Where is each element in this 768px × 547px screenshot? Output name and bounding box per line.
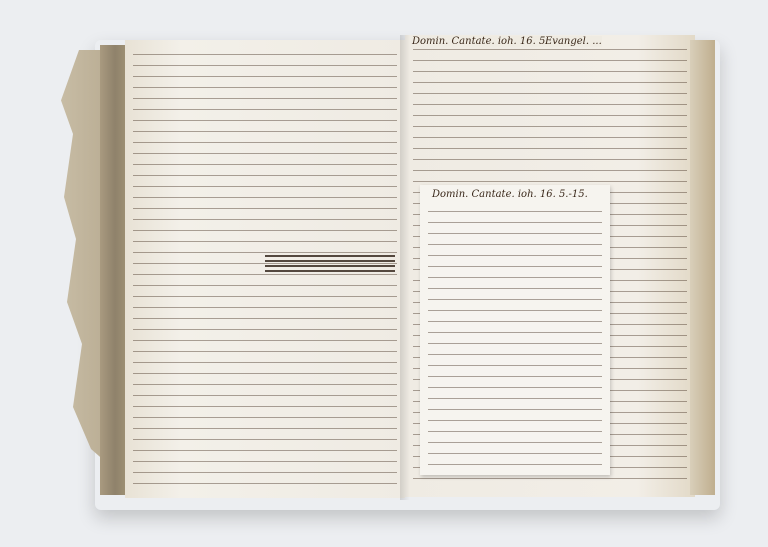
struck-through-text [265,255,395,273]
inserted-leaf: Domin. Cantate. ioh. 16. 5.-15. [420,185,610,475]
book-gutter [400,35,410,500]
right-page-heading-2: Evangel. ... [545,36,602,47]
page-edges [690,40,715,495]
handwritten-text [428,205,602,467]
insert-heading: Domin. Cantate. ioh. 16. 5.-15. [432,189,588,200]
